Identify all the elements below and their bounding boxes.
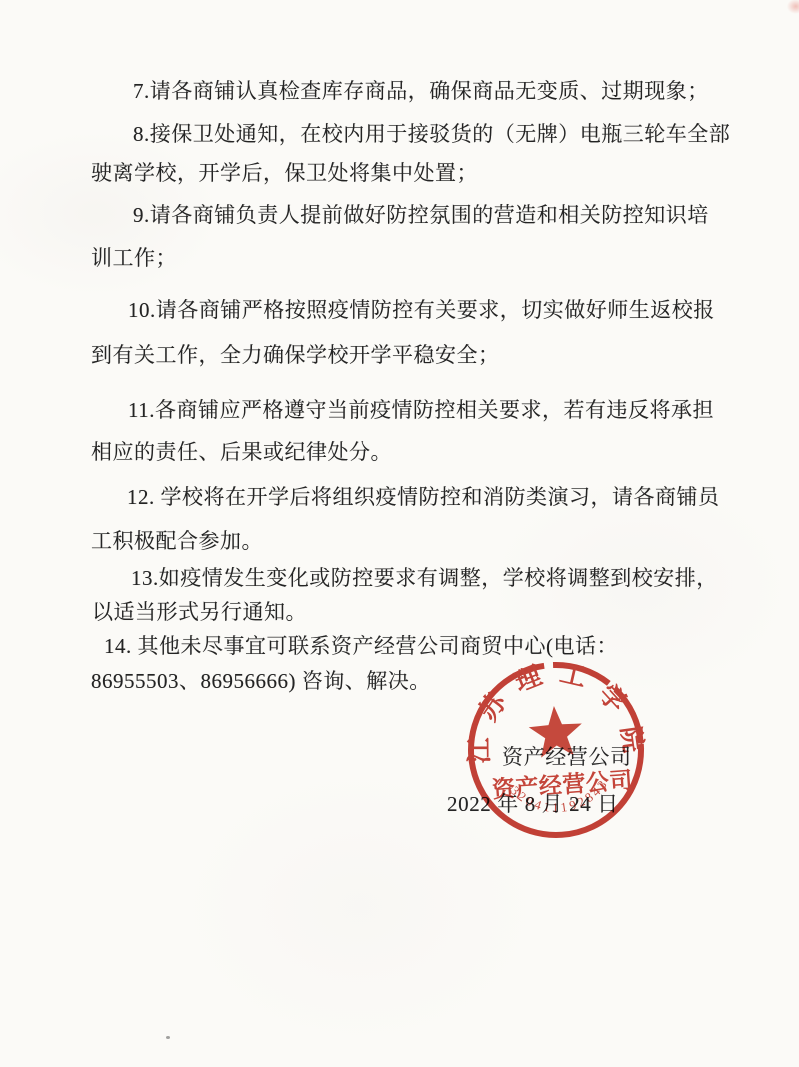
text-line: 10.请各商铺严格按照疫情防控有关要求，切实做好师生返校报: [128, 297, 715, 323]
official-stamp: 江苏理工学院 资产经营公司 320411192843: [433, 627, 678, 872]
text-line: 工积极配合参加。: [91, 528, 263, 554]
text-line: 13.如疫情发生变化或防控要求有调整，学校将调整到校安排，: [131, 565, 718, 591]
text-line: 12. 学校将在开学后将组织疫情防控和消防类演习，请各商铺员: [127, 484, 720, 510]
text-line: 驶离学校，开学后，保卫处将集中处置；: [91, 160, 478, 186]
text-line: 86955503、86956666) 咨询、解决。: [91, 668, 431, 694]
text-line: 11.各商铺应严格遵守当前疫情防控相关要求，若有违反将承担: [128, 397, 714, 423]
text-line: 以适当形式另行通知。: [92, 599, 307, 625]
text-line: 9.请各商铺负责人提前做好防控氛围的营造和相关防控知识培: [133, 202, 709, 228]
text-line: 7.请各商铺认真检查库存商品，确保商品无变质、过期现象；: [133, 78, 709, 104]
stamp-star-icon: [527, 704, 584, 758]
paper-speck: [166, 1036, 170, 1039]
text-line: 8.接保卫处通知，在校内用于接驳货的（无牌）电瓶三轮车全部: [133, 121, 730, 147]
text-line: 到有关工作，全力确保学校开学平稳安全；: [91, 342, 500, 368]
text-line: 相应的责任、后果或纪律处分。: [91, 439, 392, 465]
text-line: 训工作；: [91, 245, 177, 271]
